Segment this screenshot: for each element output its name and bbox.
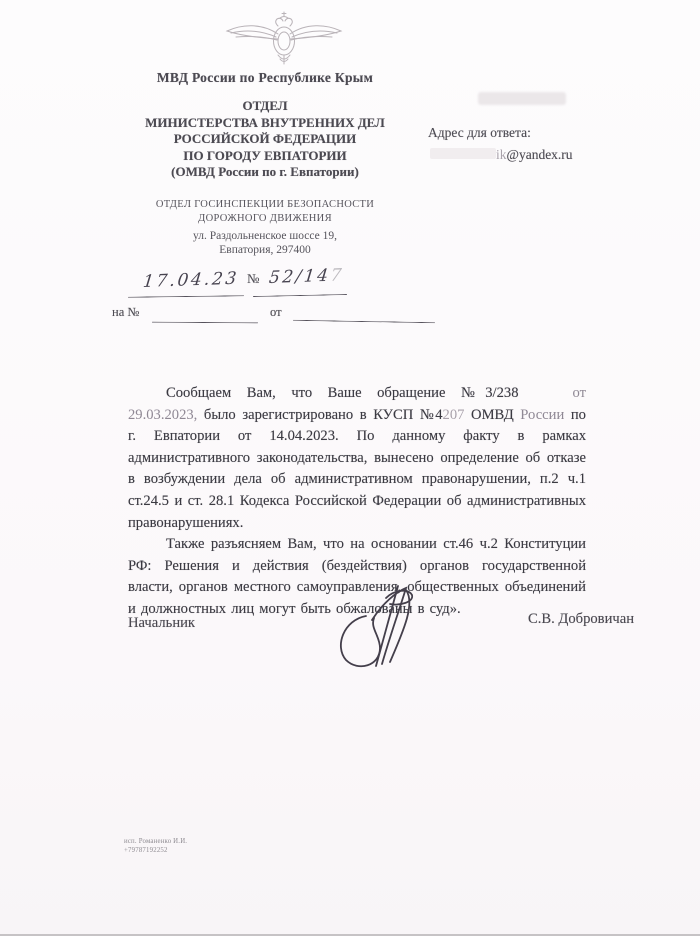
department-line: РОССИЙСКОЙ ФЕДЕРАЦИИ bbox=[95, 131, 435, 148]
subdepartment-block: ОТДЕЛ ГОСИНСПЕКЦИИ БЕЗОПАСНОСТИ ДОРОЖНОГ… bbox=[95, 198, 435, 225]
mvd-double-headed-eagle-emblem bbox=[222, 10, 346, 68]
department-line: ПО ГОРОДУ ЕВПАТОРИИ bbox=[95, 148, 435, 165]
department-line: МИНИСТЕРСТВА ВНУТРЕННИХ ДЕЛ bbox=[95, 115, 435, 132]
handwritten-signature bbox=[326, 580, 446, 672]
signer-name: С.В. Добровичан bbox=[528, 611, 634, 628]
outgoing-number-main: 52/14 bbox=[268, 266, 332, 288]
reply-email: ik@yandex.ru bbox=[430, 147, 573, 163]
executor-footer: исп. Романенко И.И. +79787192252 bbox=[124, 837, 187, 855]
incoming-date-underline bbox=[293, 320, 435, 323]
handwritten-date: 17.04.23 bbox=[142, 269, 240, 292]
handwritten-outgoing-number: 52/147 bbox=[268, 265, 345, 288]
scanned-letter-page: МВД России по Республике Крым ОТДЕЛ МИНИ… bbox=[0, 0, 700, 936]
department-line: ОТДЕЛ bbox=[95, 98, 435, 115]
redaction-smudge bbox=[478, 92, 566, 105]
postal-address-block: ул. Раздольненское шоссе 19, Евпатория, … bbox=[95, 229, 435, 257]
department-name-block: ОТДЕЛ МИНИСТЕРСТВА ВНУТРЕННИХ ДЕЛ РОССИЙ… bbox=[95, 98, 435, 181]
faded-text-segment: России bbox=[520, 407, 564, 423]
redacted-text-gap bbox=[519, 389, 573, 397]
body-paragraph-1: Сообщаем Вам, что Ваше обращение №3/238о… bbox=[128, 383, 586, 534]
organization-name: МВД России по Республике Крым bbox=[90, 70, 440, 86]
email-faded-part: ik bbox=[496, 147, 507, 162]
faded-kusp-number: 207 bbox=[443, 407, 465, 423]
body-text-segment: Сообщаем Вам, что Ваше обращение №3/238 bbox=[166, 385, 519, 401]
department-line: (ОМВД России по г. Евпатории) bbox=[95, 164, 435, 181]
subdepartment-line: ДОРОЖНОГО ДВИЖЕНИЯ bbox=[95, 212, 435, 226]
signer-title: Начальник bbox=[128, 615, 195, 632]
address-line: Евпатория, 297400 bbox=[95, 243, 435, 257]
number-sign-label: № bbox=[247, 271, 259, 287]
executor-phone: +79787192252 bbox=[124, 846, 187, 855]
executor-name: исп. Романенко И.И. bbox=[124, 837, 187, 846]
number-underline bbox=[253, 294, 347, 297]
reply-address-label: Адрес для ответа: bbox=[428, 125, 531, 141]
body-text-segment: было зарегистрировано в КУСП №4 bbox=[197, 407, 442, 423]
date-underline bbox=[128, 295, 244, 298]
redacted-email-prefix bbox=[430, 148, 496, 159]
incoming-number-label: на № bbox=[112, 305, 139, 320]
body-text-segment: по г. Евпатории от 14.04.2023. По данном… bbox=[128, 407, 586, 531]
body-text-segment: ОМВД bbox=[464, 407, 520, 423]
email-visible-part: @yandex.ru bbox=[507, 147, 573, 162]
subdepartment-line: ОТДЕЛ ГОСИНСПЕКЦИИ БЕЗОПАСНОСТИ bbox=[95, 198, 435, 212]
incoming-date-label: от bbox=[270, 305, 282, 320]
outgoing-number-faint-tail: 7 bbox=[329, 265, 344, 286]
incoming-number-underline bbox=[152, 322, 258, 324]
address-line: ул. Раздольненское шоссе 19, bbox=[95, 229, 435, 243]
